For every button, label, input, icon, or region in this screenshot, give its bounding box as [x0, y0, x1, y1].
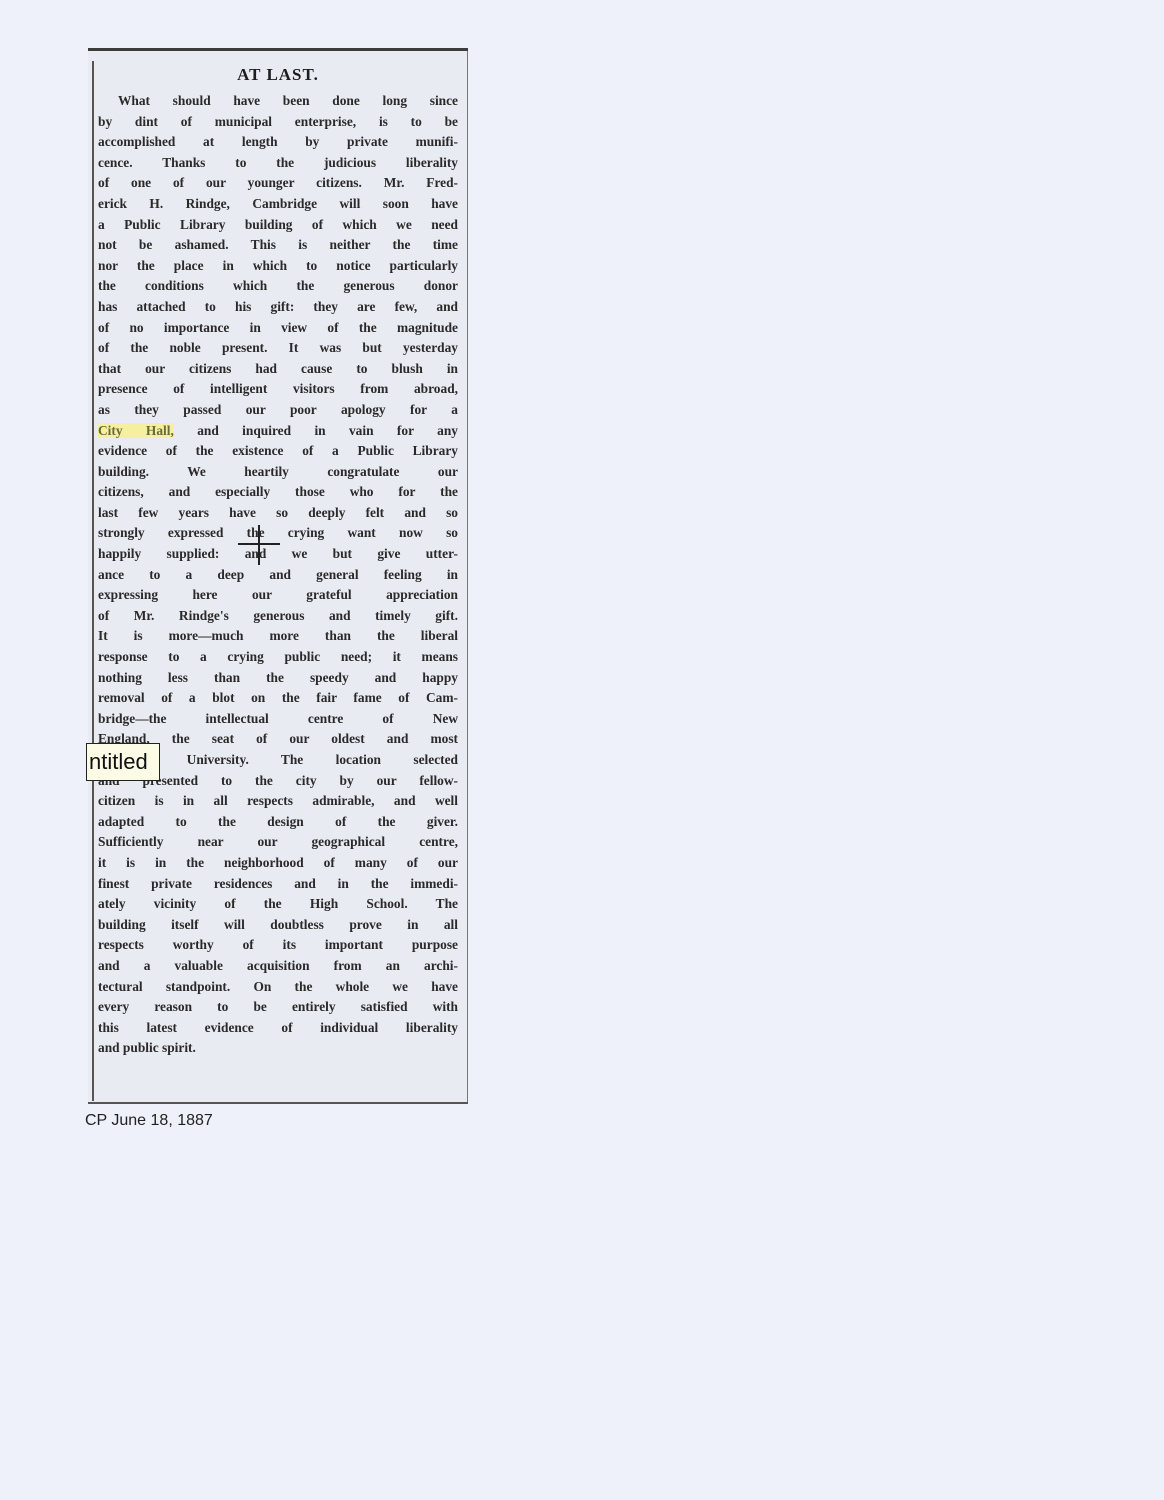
article-line: every reason to be entirely satisfied wi…: [98, 997, 458, 1018]
crosshair-cursor-icon-h: [238, 543, 280, 545]
article-line: expressing here our grateful appreciatio…: [98, 585, 458, 606]
article-line: nothing less than the speedy and happy: [98, 668, 458, 689]
article-line: erick H. Rindge, Cambridge will soon hav…: [98, 194, 458, 215]
article-line: finest private residences and in the imm…: [98, 874, 458, 895]
column-rule-left: [92, 61, 94, 1101]
article-line: a Public Library building of which we ne…: [98, 215, 458, 236]
article-line: ately vicinity of the High School. The: [98, 894, 458, 915]
article-line: and public spirit.: [98, 1038, 458, 1059]
highlighted-text: City Hall,: [98, 423, 174, 438]
article-line: response to a crying public need; it mea…: [98, 647, 458, 668]
headline: AT LAST.: [88, 65, 468, 85]
article-line-highlighted: City Hall, and inquired in vain for any: [98, 421, 458, 442]
article-line: of Mr. Rindge's generous and timely gift…: [98, 606, 458, 627]
article-line: accomplished at length by private munifi…: [98, 132, 458, 153]
article-line: respects worthy of its important purpose: [98, 935, 458, 956]
article-line: that our citizens had cause to blush in: [98, 359, 458, 380]
article-line: citizen is in all respects admirable, an…: [98, 791, 458, 812]
article-line: cence. Thanks to the judicious liberalit…: [98, 153, 458, 174]
article-line: of the noble present. It was but yesterd…: [98, 338, 458, 359]
article-line: adapted to the design of the giver.: [98, 812, 458, 833]
article-line: not be ashamed. This is neither the time: [98, 235, 458, 256]
article-line: building itself will doubtless prove in …: [98, 915, 458, 936]
article-line: strongly expressed the crying want now s…: [98, 523, 458, 544]
article-line: citizens, and especially those who for t…: [98, 482, 458, 503]
article-line: evidence of the existence of a Public Li…: [98, 441, 458, 462]
article-line: as they passed our poor apology for a: [98, 400, 458, 421]
article-line: Sufficiently near our geographical centr…: [98, 832, 458, 853]
article-line: presence of intelligent visitors from ab…: [98, 379, 458, 400]
article-line: this latest evidence of individual liber…: [98, 1018, 458, 1039]
article-line: of one of our younger citizens. Mr. Fred…: [98, 173, 458, 194]
article-body: What should have been done long since by…: [98, 91, 458, 1059]
article-line: last few years have so deeply felt and s…: [98, 503, 458, 524]
source-caption: CP June 18, 1887: [85, 1112, 213, 1130]
column-rule-right: [467, 51, 468, 1102]
article-line: it is in the neighborhood of many of our: [98, 853, 458, 874]
article-line: tectural standpoint. On the whole we hav…: [98, 977, 458, 998]
article-line: has attached to his gift: they are few, …: [98, 297, 458, 318]
article-line: by dint of municipal enterprise, is to b…: [98, 112, 458, 133]
article-line: and a valuable acquisition from an archi…: [98, 956, 458, 977]
article-line: bridge—the intellectual centre of New: [98, 709, 458, 730]
article-line: It is more—much more than the liberal: [98, 626, 458, 647]
crosshair-cursor-icon: [258, 525, 260, 565]
article-line: building. We heartily congratulate our: [98, 462, 458, 483]
article-line: of no importance in view of the magnitud…: [98, 318, 458, 339]
article-line: removal of a blot on the fair fame of Ca…: [98, 688, 458, 709]
newspaper-clipping: AT LAST. What should have been done long…: [88, 48, 468, 1104]
article-line: ance to a deep and general feeling in: [98, 565, 458, 586]
article-line: What should have been done long since: [98, 91, 458, 112]
article-line: nor the place in which to notice particu…: [98, 256, 458, 277]
tooltip: ntitled: [86, 743, 160, 781]
article-line-rest: and inquired in vain for any: [197, 423, 458, 438]
article-line: the conditions which the generous donor: [98, 276, 458, 297]
article-line: happily supplied: and we but give utter-: [98, 544, 458, 565]
